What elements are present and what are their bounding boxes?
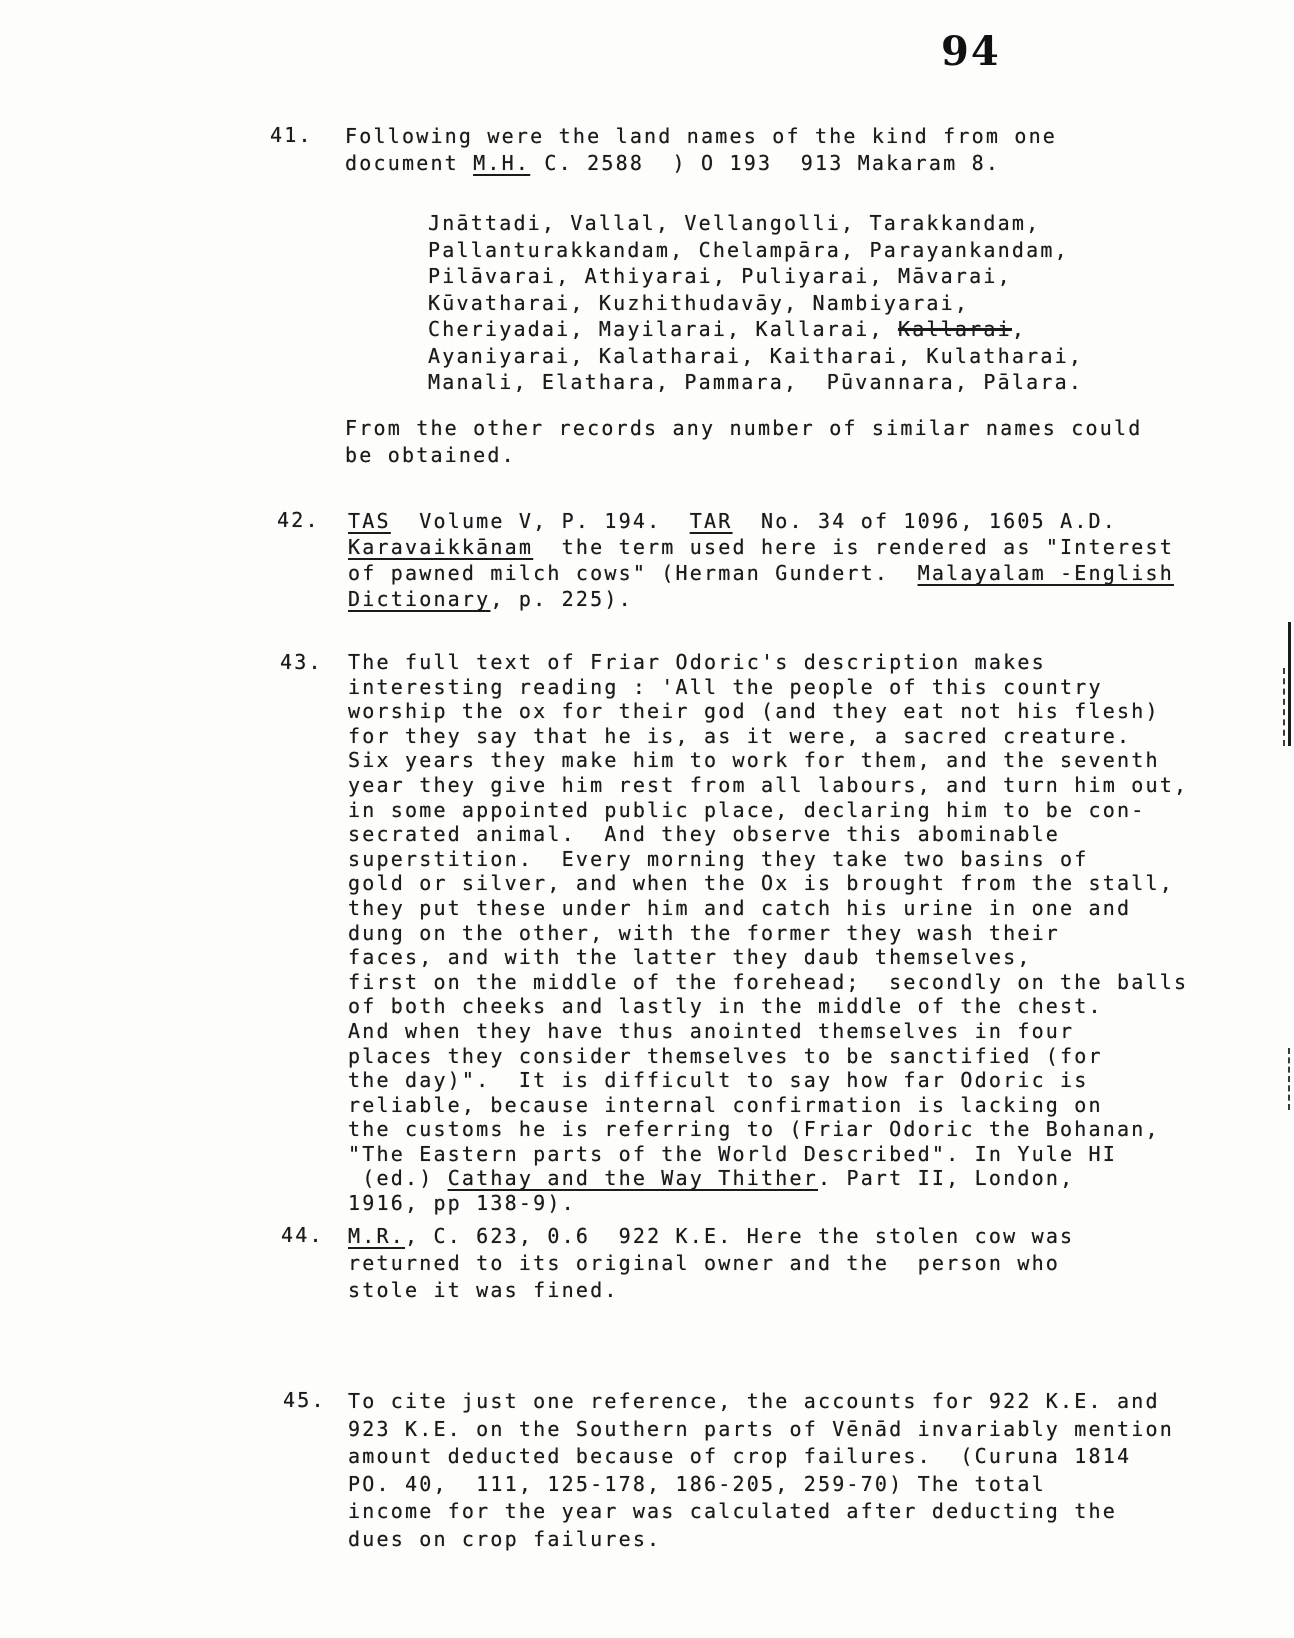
text-line: And when they have thus anointed themsel… — [348, 1019, 1188, 1044]
footnote-45: 45. To cite just one reference, the acco… — [348, 1388, 1174, 1553]
text-line: Pilāvarai, Athiyarai, Puliyarai, Māvarai… — [428, 263, 1083, 290]
text-line: M.R., C. 623, 0.6 922 K.E. Here the stol… — [348, 1223, 1074, 1250]
footnote-42-text: TAS Volume V, P. 194. TAR No. 34 of 1096… — [348, 508, 1174, 612]
text-line: document M.H. C. 2588 ) O 193 913 Makara… — [345, 150, 1057, 177]
text-line: of pawned milch cows" (Herman Gundert. M… — [348, 560, 1174, 586]
text-line: amount deducted because of crop failures… — [348, 1443, 1174, 1471]
text-line: places they consider themselves to be sa… — [348, 1044, 1188, 1069]
text-line: the customs he is referring to (Friar Od… — [348, 1117, 1188, 1142]
text-line: reliable, because internal confirmation … — [348, 1093, 1188, 1118]
text-line: 1916, pp 138-9). — [348, 1191, 1188, 1216]
text-line: returned to its original owner and the p… — [348, 1250, 1074, 1277]
text-line: Ayaniyarai, Kalatharai, Kaitharai, Kulat… — [428, 343, 1083, 370]
text-line: be obtained. — [345, 442, 1143, 469]
footnote-45-number: 45. — [283, 1388, 326, 1412]
text-line: Following were the land names of the kin… — [345, 123, 1057, 150]
text-line: year they give him rest from all labours… — [348, 773, 1188, 798]
text-line: they put these under him and catch his u… — [348, 896, 1188, 921]
footnote-41: 41. Following were the land names of the… — [345, 123, 1057, 177]
text-line: Manali, Elathara, Pammara, Pūvannara, Pā… — [428, 369, 1083, 396]
text-line: Six years they make him to work for them… — [348, 748, 1188, 773]
text-line: Jnāttadi, Vallal, Vellangolli, Tarakkand… — [428, 210, 1083, 237]
text-line: secrated animal. And they observe this a… — [348, 822, 1188, 847]
footnote-41-continuation-text: From the other records any number of sim… — [345, 415, 1143, 469]
text-line: worship the ox for their god (and they e… — [348, 699, 1188, 724]
text-line: superstition. Every morning they take tw… — [348, 847, 1188, 872]
footnote-41-number: 41. — [270, 123, 313, 147]
right-margin-dashed-mark — [1283, 668, 1285, 746]
land-names-list: Jnāttadi, Vallal, Vellangolli, Tarakkand… — [428, 210, 1083, 396]
text-line: gold or silver, and when the Ox is broug… — [348, 871, 1188, 896]
footnote-44-number: 44. — [281, 1223, 324, 1247]
text-line: faces, and with the latter they daub the… — [348, 945, 1188, 970]
text-line: dues on crop failures. — [348, 1526, 1174, 1554]
text-line: first on the middle of the forehead; sec… — [348, 970, 1188, 995]
text-line: Kūvatharai, Kuzhithudavāy, Nambiyarai, — [428, 290, 1083, 317]
text-line: From the other records any number of sim… — [345, 415, 1143, 442]
text-line: in some appointed public place, declarin… — [348, 798, 1188, 823]
text-line: 923 K.E. on the Southern parts of Vēnād … — [348, 1416, 1174, 1444]
land-names-text: Jnāttadi, Vallal, Vellangolli, Tarakkand… — [428, 210, 1083, 396]
text-line: To cite just one reference, the accounts… — [348, 1388, 1174, 1416]
text-line: TAS Volume V, P. 194. TAR No. 34 of 1096… — [348, 508, 1174, 534]
text-line: Dictionary, p. 225). — [348, 586, 1174, 612]
text-line: "The Eastern parts of the World Describe… — [348, 1142, 1188, 1167]
text-line: dung on the other, with the former they … — [348, 921, 1188, 946]
footnote-45-text: To cite just one reference, the accounts… — [348, 1388, 1174, 1553]
footnote-41-text: Following were the land names of the kin… — [345, 123, 1057, 177]
text-line: The full text of Friar Odoric's descript… — [348, 650, 1188, 675]
footnote-43-number: 43. — [280, 650, 323, 674]
footnote-41-continuation: From the other records any number of sim… — [345, 415, 1143, 469]
text-line: Pallanturakkandam, Chelampāra, Parayanka… — [428, 237, 1083, 264]
footnote-44-text: M.R., C. 623, 0.6 922 K.E. Here the stol… — [348, 1223, 1074, 1304]
footnote-42: 42. TAS Volume V, P. 194. TAR No. 34 of … — [348, 508, 1174, 612]
text-line: of both cheeks and lastly in the middle … — [348, 994, 1188, 1019]
footnote-43: 43. The full text of Friar Odoric's desc… — [348, 650, 1188, 1216]
text-line: (ed.) Cathay and the Way Thither. Part I… — [348, 1166, 1188, 1191]
page-number: 94 — [941, 28, 1001, 75]
text-line: Cheriyadai, Mayilarai, Kallarai, Kallara… — [428, 316, 1083, 343]
text-line: stole it was fined. — [348, 1277, 1074, 1304]
footnote-44: 44. M.R., C. 623, 0.6 922 K.E. Here the … — [348, 1223, 1074, 1304]
right-margin-dashed-mark-lower — [1288, 1048, 1290, 1110]
text-line: the day)". It is difficult to say how fa… — [348, 1068, 1188, 1093]
text-line: interesting reading : 'All the people of… — [348, 675, 1188, 700]
footnote-42-number: 42. — [277, 508, 320, 532]
text-line: Karavaikkānam the term used here is rend… — [348, 534, 1174, 560]
text-line: for they say that he is, as it were, a s… — [348, 724, 1188, 749]
right-margin-mark — [1288, 622, 1291, 746]
text-line: income for the year was calculated after… — [348, 1498, 1174, 1526]
footnote-43-text: The full text of Friar Odoric's descript… — [348, 650, 1188, 1216]
text-line: PO. 40, 111, 125-178, 186-205, 259-70) T… — [348, 1471, 1174, 1499]
